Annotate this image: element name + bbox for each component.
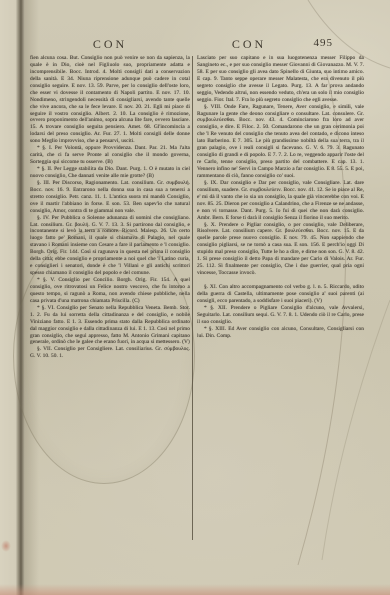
page-number: 495 (295, 37, 333, 51)
paragraph: * §. I. Per Volontà, oppure Provvidenza.… (30, 145, 190, 166)
paragraph: §. IV. Per Pubblica o Solenne adunanza d… (30, 215, 190, 277)
text-column-right: Lasciato per suo capitano e in sua luogo… (197, 55, 364, 340)
paragraph: fien alcuna cosa. But. Consiglio non può… (30, 55, 190, 145)
edge-blemish (1, 540, 11, 552)
running-head-left: CON (30, 37, 190, 51)
paragraph: * §. XII. Prendere o Pigliare Consiglio … (197, 305, 364, 326)
page-edge-strip (0, 0, 17, 595)
paragraph: * §. XIII. Ed Aver consiglio con alcuno,… (197, 326, 364, 340)
scanned-book-page: CON CON 495 fien alcuna cosa. But. Consi… (0, 0, 390, 595)
paragraph: §. III. Per Discorso, Ragionamento. Lat.… (30, 180, 190, 215)
running-head-right: CON (197, 37, 301, 51)
text-column-left: fien alcuna cosa. But. Consiglio non può… (30, 55, 190, 360)
paragraph: §. X. Prendere o Pigliar consiglio, o pe… (197, 222, 364, 278)
paragraph: * §. V. Consiglio per Concilio. Borgh. O… (30, 277, 190, 305)
paragraph: §. VIII. Onde Fare, Ragunare, Tenere, Av… (197, 104, 364, 180)
paragraph: §. XI. Con altro accompagnamento col ver… (197, 284, 364, 305)
column-divider-rule (192, 56, 193, 540)
paragraph: §. VII. Consiglio per Consigliere. Lat. … (30, 346, 190, 360)
paragraph: §. IX. Dar consiglio e Dar per consiglio… (197, 180, 364, 222)
paragraph: Lasciato per suo capitano e in sua luogo… (197, 55, 364, 104)
paragraph: * §. VI. Consiglio per Senato nella Repu… (30, 305, 190, 347)
paragraph: * §. II. Per Legge stabilita da Dio. Dan… (30, 166, 190, 180)
bottom-scan-edge (0, 584, 390, 595)
